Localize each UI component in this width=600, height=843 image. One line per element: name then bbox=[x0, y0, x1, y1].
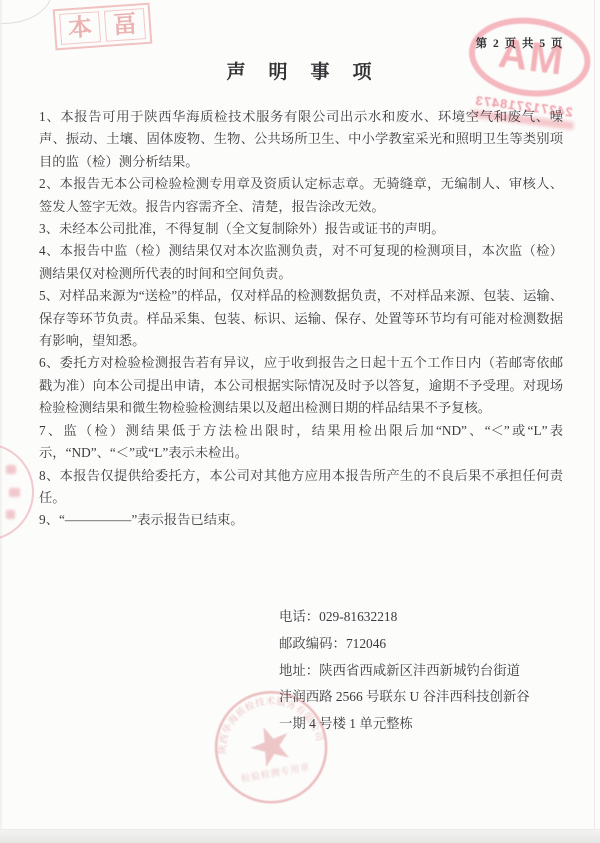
statement-item-4: 4、本报告中监（检）测结果仅对本次监测负责，对不可复现的检测项目，本次监（检）测… bbox=[39, 240, 563, 285]
left-edge-seal-mark bbox=[9, 488, 20, 497]
contact-postcode: 邮政编码：712046 bbox=[279, 631, 530, 658]
statement-item-5: 5、对样品来源为“送检”的样品，仅对样品的检测数据负责，不对样品来源、包装、运输… bbox=[39, 285, 563, 352]
contact-address-line-1: 地址：陕西省西咸新区沣西新城钓台街道 bbox=[279, 658, 530, 685]
statement-item-1: 1、本报告可用于陕西华海质检技术服务有限公司出示水和废水、环境空气和废气、噪声、… bbox=[39, 106, 563, 173]
left-edge-seal-mark bbox=[6, 465, 16, 474]
statement-item-9: 9、“—————”表示报告已结束。 bbox=[39, 509, 563, 531]
statements-section: 1、本报告可用于陕西华海质检技术服务有限公司出示水和废水、环境空气和废气、噪声、… bbox=[39, 106, 563, 532]
scan-corner-artifact bbox=[0, 0, 52, 24]
statement-item-7: 7、监（检）测结果低于方法检出限时，结果用检出限后加“ND”、“＜”或“L”表示… bbox=[39, 420, 563, 465]
statement-item-6: 6、委托方对检验检测报告若有异议，应于收到报告之日起十五个工作日内（若邮寄依邮戳… bbox=[39, 352, 563, 419]
left-edge-seal-mark bbox=[6, 510, 15, 519]
statement-item-3: 3、未经本公司批准，不得复制（全文复制除外）报告或证书的声明。 bbox=[39, 218, 563, 240]
statement-item-8: 8、本报告仅提供给委托方，本公司对其他方应用本报告所产生的不良后果不承担任何责任… bbox=[39, 465, 563, 510]
copy-stamp-left-char: 本 bbox=[59, 11, 101, 45]
contact-address-line-2: 沣润西路 2566 号联东 U 谷沣西科技创新谷 bbox=[279, 684, 530, 711]
scan-right-edge bbox=[594, 0, 595, 829]
copy-stamp-right-char: 畐 bbox=[104, 8, 146, 42]
copy-stamp: 本 畐 bbox=[53, 3, 153, 51]
statement-item-2: 2、本报告无本公司检验检测专用章及资质认定标志章。无骑缝章，无编制人、审核人、签… bbox=[39, 173, 563, 218]
contact-address-line-3: 一期 4 号楼 1 单元整栋 bbox=[279, 711, 530, 738]
scan-bottom-edge bbox=[0, 829, 600, 843]
contact-section: 电话：029-81632218 邮政编码：712046 地址：陕西省西咸新区沣西… bbox=[279, 604, 530, 738]
bleed-stamp-oval: MA bbox=[464, 11, 595, 103]
contact-phone: 电话：029-81632218 bbox=[279, 604, 530, 631]
page-number: 第 2 页 共 5 页 bbox=[476, 35, 564, 51]
scanned-report-page: 本 畐 MA 242712718473 第 2 页 共 5 页 声 明 事 项 … bbox=[0, 0, 600, 843]
scan-left-edge bbox=[0, 0, 3, 843]
